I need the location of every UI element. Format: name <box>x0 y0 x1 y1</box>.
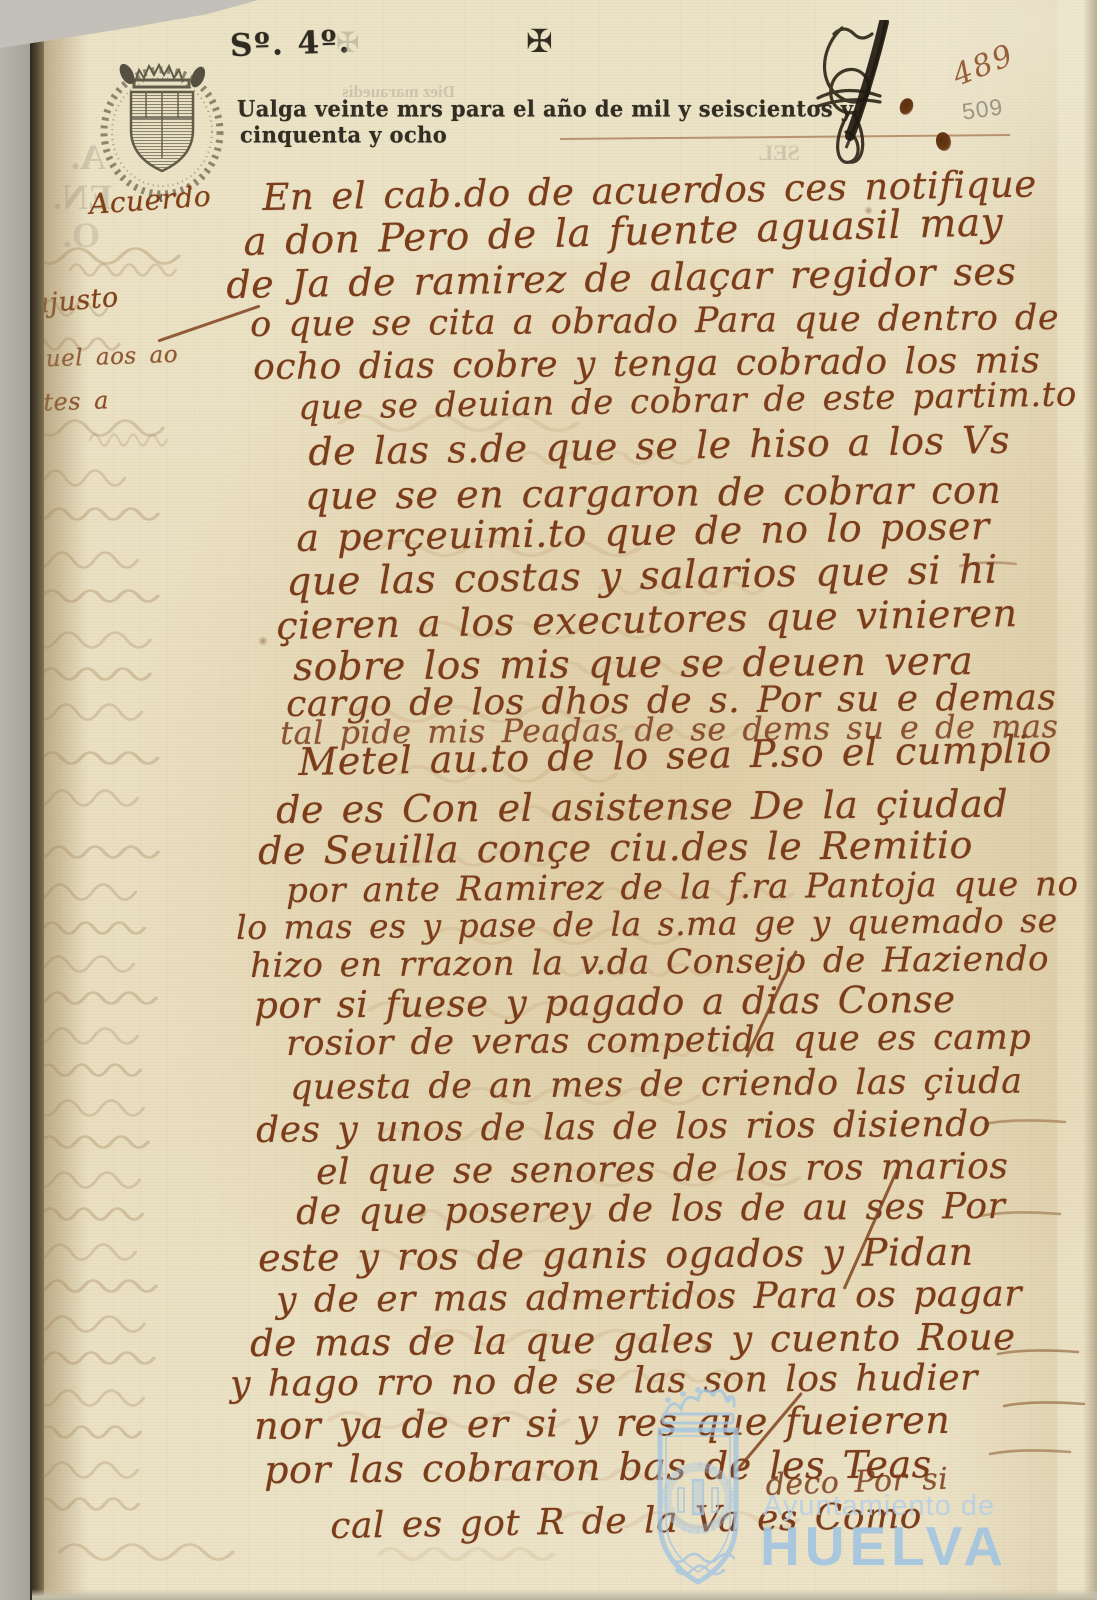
page-right-edge <box>1083 0 1097 1600</box>
binding-gutter <box>30 0 44 1600</box>
manuscript-line: questa de an mes de criendo las çiuda <box>290 1062 1023 1108</box>
manuscript-scan: { "colors":{ "paper":"#ece3c7","ink":"#7… <box>0 0 1097 1600</box>
manuscript-line: y de er mas admertidos Para os pagar <box>276 1273 1022 1321</box>
manuscript-line: de las s.de que se le hiso a los Vs <box>308 418 1010 474</box>
page-bottom-edge <box>32 1589 1097 1600</box>
manuscript-line: nor ya de er si y res que fueieren <box>254 1398 950 1448</box>
huelva-crest-icon: PORTVS MARIS ET TERRAE CVSTODIA <box>650 1386 746 1600</box>
manuscript-line: de que poserey de los de au ses Por <box>296 1186 1006 1233</box>
manuscript-line: o que se cita a obrado Para que dentro d… <box>250 298 1059 345</box>
manuscript-line: des y unos de las de los rios disiendo <box>256 1104 991 1151</box>
watermark-org-name: HUELVA <box>760 1514 1008 1578</box>
margin-note: Acuerdo <box>88 179 212 220</box>
scan-bed-edge <box>0 0 32 1600</box>
manuscript-text-layer: En el cab.do de acuerdos ces notifiquea … <box>0 0 1097 1600</box>
manuscript-line: rosior de veras competida que es camp <box>286 1017 1031 1064</box>
gutter-shadow <box>44 0 88 1600</box>
